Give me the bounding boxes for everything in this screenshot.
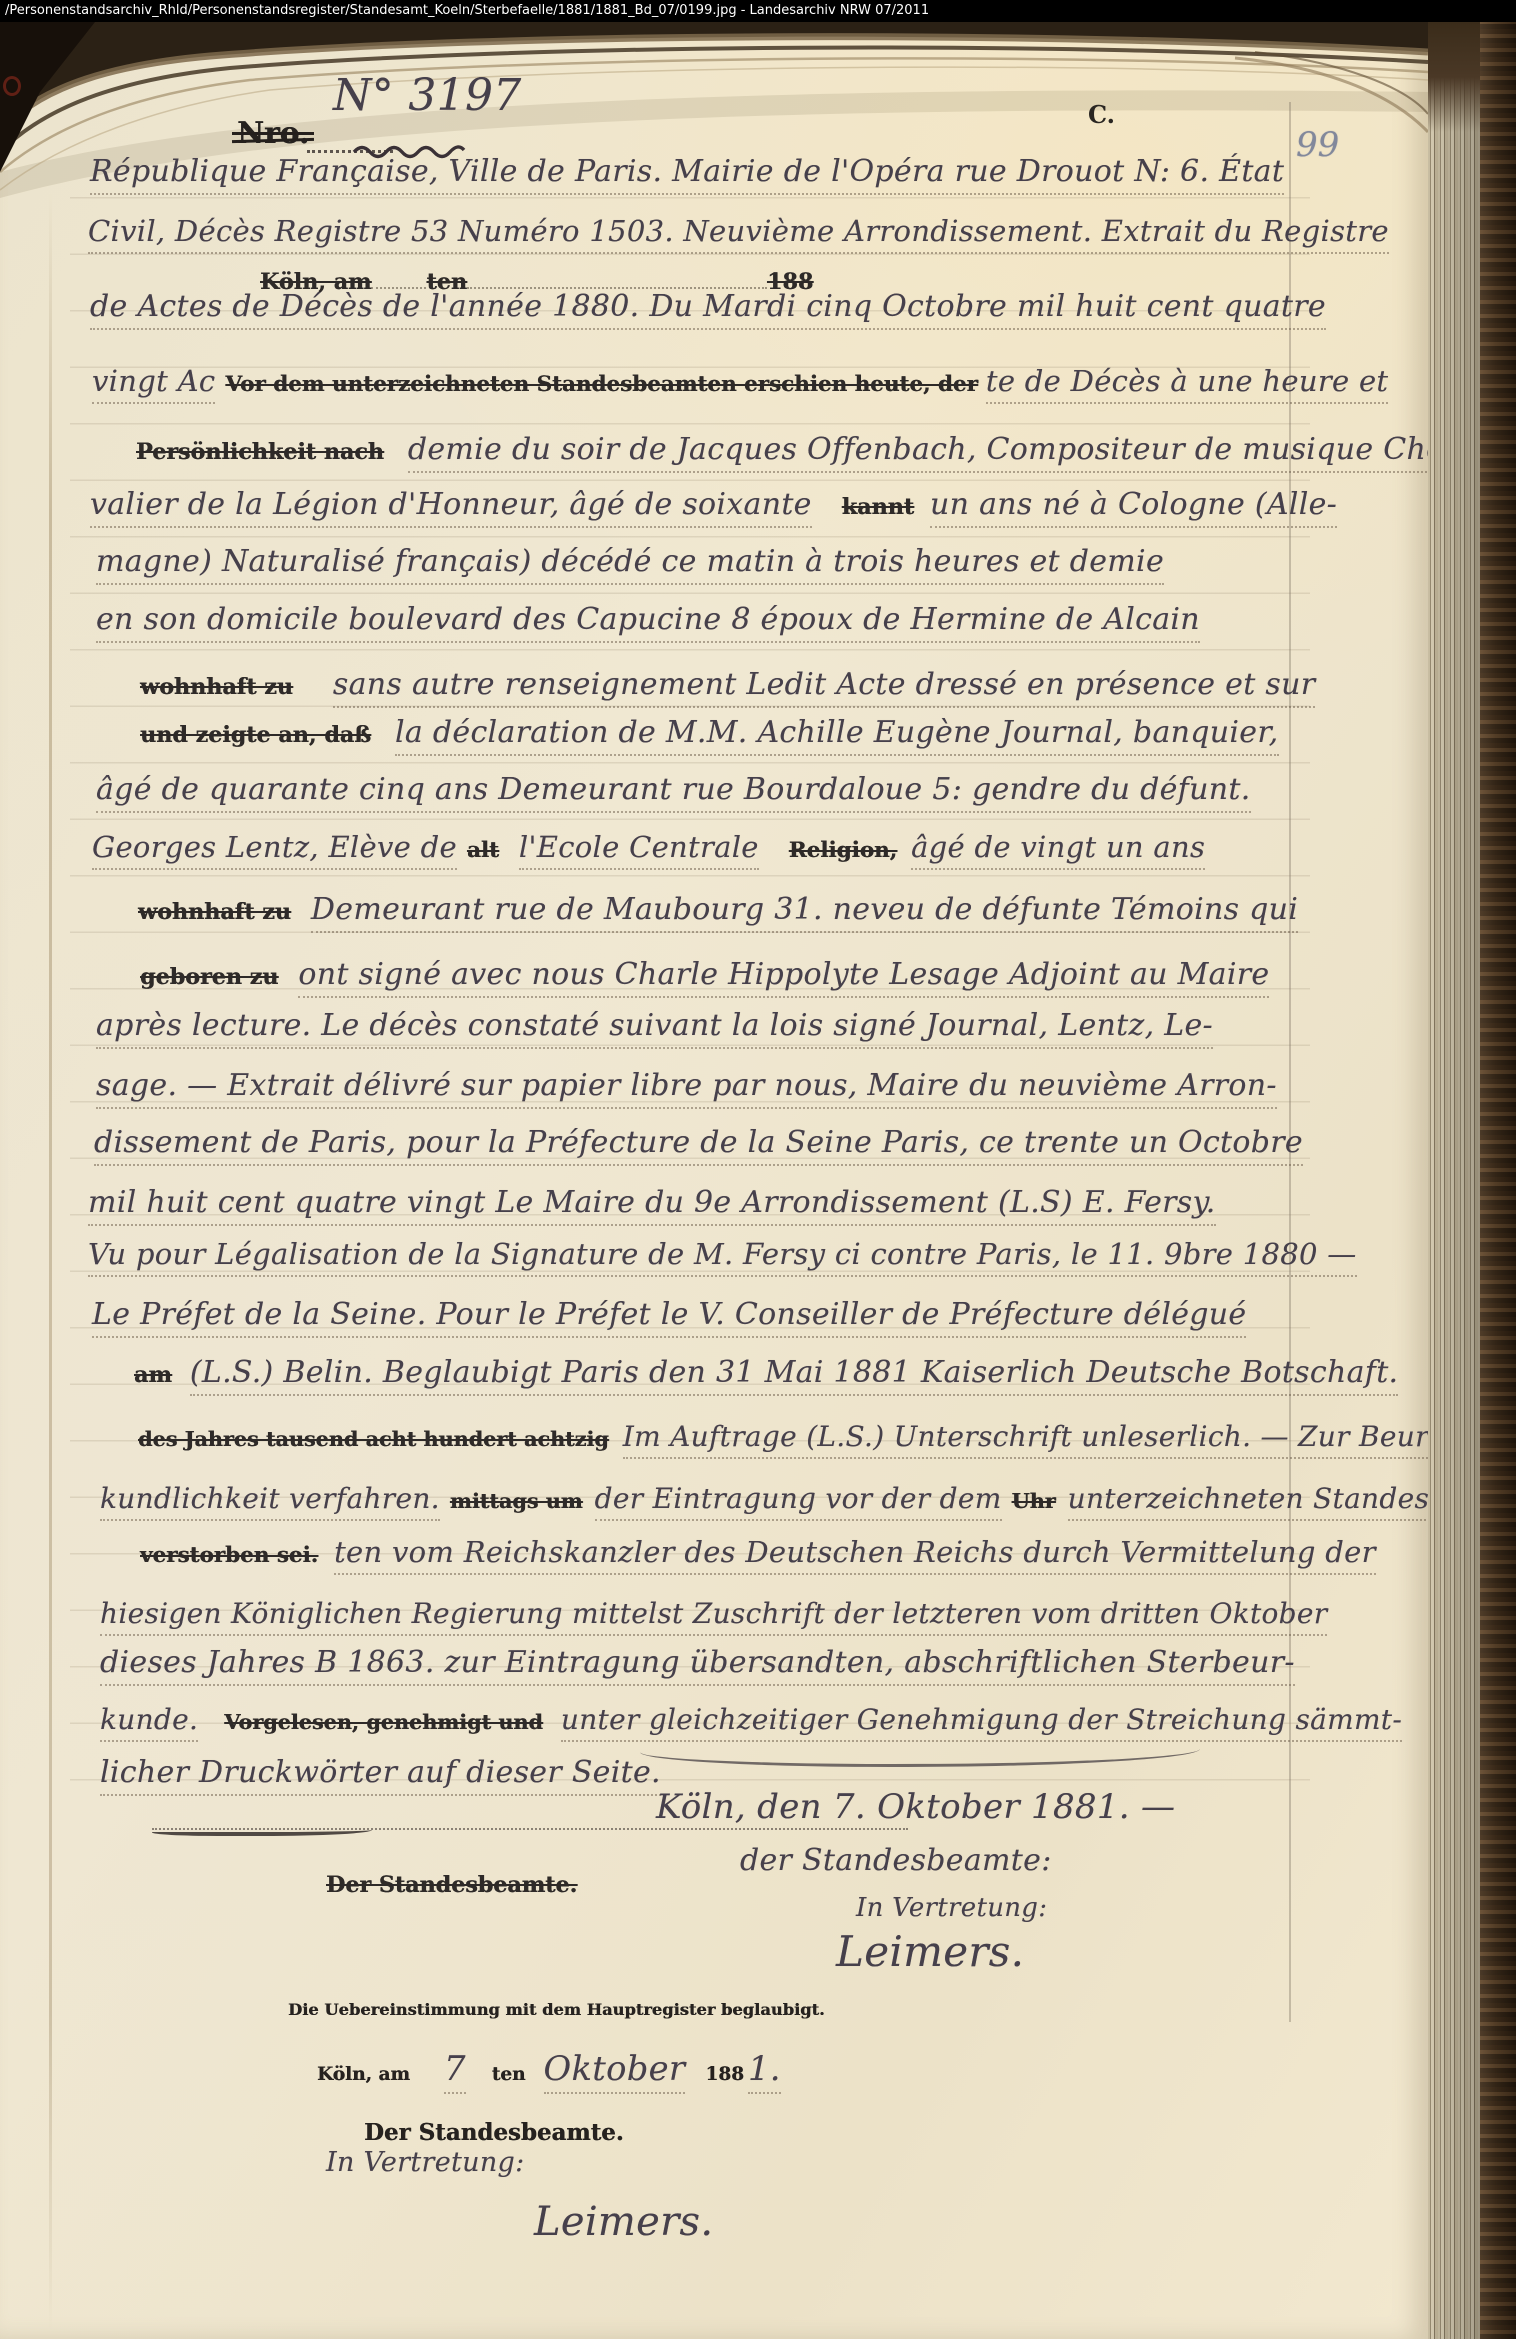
document-line-28: kundlichkeit verfahren.mittags umder Ein…: [100, 1481, 1428, 1516]
handwritten-text: kunde.: [100, 1703, 198, 1742]
handwritten-text: der Standesbeamte:: [740, 1843, 1052, 1878]
handwritten-text: unterzeichneten Standesbeam-: [1068, 1482, 1428, 1521]
handwritten-text: (L.S.) Belin. Beglaubigt Paris den 31 Ma…: [190, 1355, 1399, 1396]
handwritten-text: Demeurant rue de Maubourg 31. neveu de d…: [311, 892, 1298, 933]
printed-struck-text: Uhr: [1012, 1489, 1056, 1513]
document-line-18: wohnhaft zuDemeurant rue de Maubourg 31.…: [138, 891, 1298, 929]
handwritten-text: N° 3197: [333, 70, 522, 121]
document-line-12: magne) Naturalisé français) décédé ce ma…: [96, 543, 1164, 581]
handwritten-text: dissement de Paris, pour la Préfecture d…: [94, 1125, 1303, 1166]
printed-struck-text: alt: [467, 838, 499, 863]
handwritten-text: Leimers.: [836, 1927, 1024, 1976]
handwritten-text: valier de la Légion d'Honneur, âgé de so…: [90, 487, 812, 528]
viewer-path-titlebar: /Personenstandsarchiv_Rhld/Personenstand…: [0, 0, 1516, 22]
document-line-31: dieses Jahres B 1863. zur Eintragung übe…: [100, 1644, 1295, 1682]
document-line-5: République Française, Ville de Paris. Ma…: [90, 153, 1284, 191]
registrar-label: Der Standesbeamte.: [364, 2111, 624, 2150]
document-line-19: geboren zuont signé avec nous Charle Hip…: [140, 956, 1269, 994]
handwritten-text: hiesigen Königlichen Regierung mittelst …: [100, 1597, 1327, 1636]
printed-struck-text: am: [134, 1362, 172, 1388]
registrar-label-struck: Der Standesbeamte.: [326, 1864, 577, 1902]
handwritten-text: Leimers.: [534, 2199, 713, 2245]
printed-struck-text: verstorben sei.: [140, 1543, 318, 1568]
handwritten-text: Le Préfet de la Seine. Pour le Préfet le…: [92, 1297, 1246, 1338]
handwritten-text: âgé de quarante cinq ans Demeurant rue B…: [96, 772, 1251, 813]
printed-struck-text: geboren zu: [140, 964, 278, 990]
signature-rule-solid: [152, 1824, 372, 1836]
handwritten-text: de Actes de Décès de l'année 1880. Du Ma…: [90, 289, 1326, 330]
handwritten-text: Civil, Décès Registre 53 Numéro 1503. Ne…: [88, 214, 1389, 254]
document-line-13: en son domicile boulevard des Capucine 8…: [96, 601, 1200, 639]
dotted-rule: [467, 262, 767, 290]
handwritten-text: 1.: [748, 2049, 781, 2094]
handwritten-text: Georges Lentz, Elève de: [92, 830, 457, 870]
printed-struck-text: Der Standesbeamte.: [326, 1872, 577, 1898]
handwritten-text: unter gleichzeitiger Genehmigung der Str…: [561, 1703, 1402, 1742]
printed-text: Der Standesbeamte.: [364, 2119, 624, 2146]
document-line-15: und zeigte an, daßla déclaration de M.M.…: [140, 714, 1279, 752]
handwritten-text: l'Ecole Centrale: [519, 830, 759, 870]
document-line-29: verstorben sei.ten vom Reichskanzler des…: [140, 1534, 1376, 1570]
corner-letter: C.: [1088, 100, 1115, 130]
handwritten-text: kundlichkeit verfahren.: [100, 1482, 440, 1521]
handwritten-text: Oktober: [544, 2049, 686, 2094]
handwritten-text: la déclaration de M.M. Achille Eugène Jo…: [395, 715, 1279, 756]
printed-text: Köln, am: [317, 2064, 410, 2085]
handwritten-text: mil huit cent quatre vingt Le Maire du 9…: [88, 1185, 1216, 1226]
certification-note: Die Uebereinstimmung mit dem Hauptregist…: [288, 1995, 825, 2023]
document-line-9: vingt AcVor dem unterzeichneten Standesb…: [92, 363, 1388, 399]
printed-struck-text: Persönlichkeit nach: [136, 439, 384, 465]
printed-struck-text: mittags um: [450, 1489, 583, 1513]
signature: Leimers.: [534, 2197, 713, 2247]
register-page-scan: Nro.N° 3197C.99République Française, Vil…: [0, 22, 1428, 2339]
handwritten-text: Vu pour Légalisation de la Signature de …: [88, 1237, 1357, 1277]
handwritten-text: Köln, den 7. Oktober 1881. —: [656, 1787, 1175, 1827]
document-line-26: am(L.S.) Belin. Beglaubigt Paris den 31 …: [134, 1354, 1398, 1392]
handwritten-text: ont signé avec nous Charle Hippolyte Les…: [298, 957, 1269, 998]
certification-dateline: Köln, am7tenOktober1881.: [317, 2048, 781, 2090]
handwritten-text: après lecture. Le décès constaté suivant…: [96, 1008, 1213, 1049]
handwritten-text: demie du soir de Jacques Offenbach, Comp…: [408, 432, 1428, 473]
handwritten-text: Im Auftrage (L.S.) Unterschrift unleserl…: [623, 1420, 1428, 1459]
document-line-21: sage. — Extrait délivré sur papier libre…: [96, 1067, 1277, 1105]
dateline-koeln: Köln, den 7. Oktober 1881. —: [656, 1786, 1175, 1829]
printed-struck-text: wohnhaft zu: [138, 899, 291, 925]
handwritten-text: magne) Naturalisé français) décédé ce ma…: [96, 544, 1164, 585]
printed-text: Nro.: [237, 115, 309, 152]
signature: Leimers.: [836, 1926, 1024, 1979]
handwritten-text: der Eintragung vor der dem: [595, 1482, 1002, 1521]
document-line-17: Georges Lentz, Elève dealtl'Ecole Centra…: [92, 829, 1205, 865]
handwritten-text: âgé de vingt un ans: [911, 830, 1205, 870]
scan-viewer: /Personenstandsarchiv_Rhld/Personenstand…: [0, 0, 1516, 2339]
document-line-32: kunde.Vorgelesen, genehmigt undunter gle…: [100, 1702, 1402, 1737]
printed-struck-text: Vorgelesen, genehmigt und: [224, 1710, 543, 1734]
record-number: N° 3197: [333, 68, 522, 123]
document-line-14: wohnhaft zusans autre renseignement Ledi…: [140, 666, 1315, 704]
handwritten-text: te de Décès à une heure et: [986, 364, 1389, 404]
printed-struck-text: des Jahres tausend acht hundert achtzig: [138, 1427, 609, 1451]
printed-struck-text: Religion,: [789, 838, 897, 863]
paper-fold-crease: [49, 192, 52, 2332]
document-line-24: Vu pour Légalisation de la Signature de …: [88, 1236, 1357, 1272]
handwritten-text: un ans né à Cologne (Alle-: [930, 487, 1337, 528]
handwritten-text: In Vertretung:: [856, 1893, 1047, 1923]
printed-text: C.: [1088, 100, 1115, 129]
document-line-27: des Jahres tausend acht hundert achtzigI…: [138, 1419, 1428, 1454]
document-line-30: hiesigen Königlichen Regierung mittelst …: [100, 1596, 1327, 1631]
printed-text: Die Uebereinstimmung mit dem Hauptregist…: [288, 2000, 825, 2019]
document-line-20: après lecture. Le décès constaté suivant…: [96, 1007, 1213, 1045]
document-line-16: âgé de quarante cinq ans Demeurant rue B…: [96, 771, 1251, 809]
handwritten-text: en son domicile boulevard des Capucine 8…: [96, 602, 1200, 643]
page-edge-stack: [1428, 22, 1480, 2339]
pencil-page-number: 99: [1296, 125, 1339, 165]
handwritten-text: République Française, Ville de Paris. Ma…: [90, 154, 1284, 195]
red-ink-mark: [3, 76, 21, 96]
document-line-33: licher Druckwörter auf dieser Seite.: [100, 1754, 661, 1792]
book-binding-leather: [1480, 22, 1516, 2339]
document-line-11: valier de la Légion d'Honneur, âgé de so…: [90, 486, 1337, 524]
handwritten-text: licher Druckwörter auf dieser Seite.: [100, 1755, 661, 1796]
printed-struck-text: Vor dem unterzeichneten Standesbeamten e…: [225, 372, 978, 397]
pencil-page-number: 99: [1296, 124, 1339, 167]
handwritten-text: 7: [444, 2049, 466, 2094]
in-vertretung-handwritten: In Vertretung:: [326, 2146, 525, 2180]
handwritten-text: In Vertretung:: [326, 2147, 525, 2178]
document-line-25: Le Préfet de la Seine. Pour le Préfet le…: [92, 1296, 1246, 1334]
printed-text: ten: [492, 2064, 526, 2085]
handwritten-text: sans autre renseignement Ledit Acte dres…: [333, 667, 1315, 708]
dotted-rule: [371, 262, 426, 290]
document-line-6: Civil, Décès Registre 53 Numéro 1503. Ne…: [88, 213, 1389, 249]
handwritten-text: vingt Ac: [92, 364, 215, 404]
document-line-22: dissement de Paris, pour la Préfecture d…: [94, 1124, 1303, 1162]
printed-text: 188: [705, 2064, 744, 2085]
document-line-10: Persönlichkeit nachdemie du soir de Jacq…: [136, 431, 1428, 469]
form-number-label: Nro.: [237, 105, 309, 155]
printed-struck-text: kannt: [842, 494, 914, 520]
in-vertretung-handwritten: In Vertretung:: [856, 1892, 1047, 1925]
registrar-handwritten: der Standesbeamte:: [740, 1842, 1052, 1880]
document-line-23: mil huit cent quatre vingt Le Maire du 9…: [88, 1184, 1216, 1222]
handwritten-text: ten vom Reichskanzler des Deutschen Reic…: [334, 1535, 1376, 1575]
printed-struck-text: und zeigte an, daß: [140, 722, 371, 748]
handwritten-text: dieses Jahres B 1863. zur Eintragung übe…: [100, 1645, 1295, 1686]
handwritten-text: sage. — Extrait délivré sur papier libre…: [96, 1068, 1277, 1109]
document-line-8: de Actes de Décès de l'année 1880. Du Ma…: [90, 288, 1326, 326]
printed-struck-text: wohnhaft zu: [140, 674, 293, 700]
